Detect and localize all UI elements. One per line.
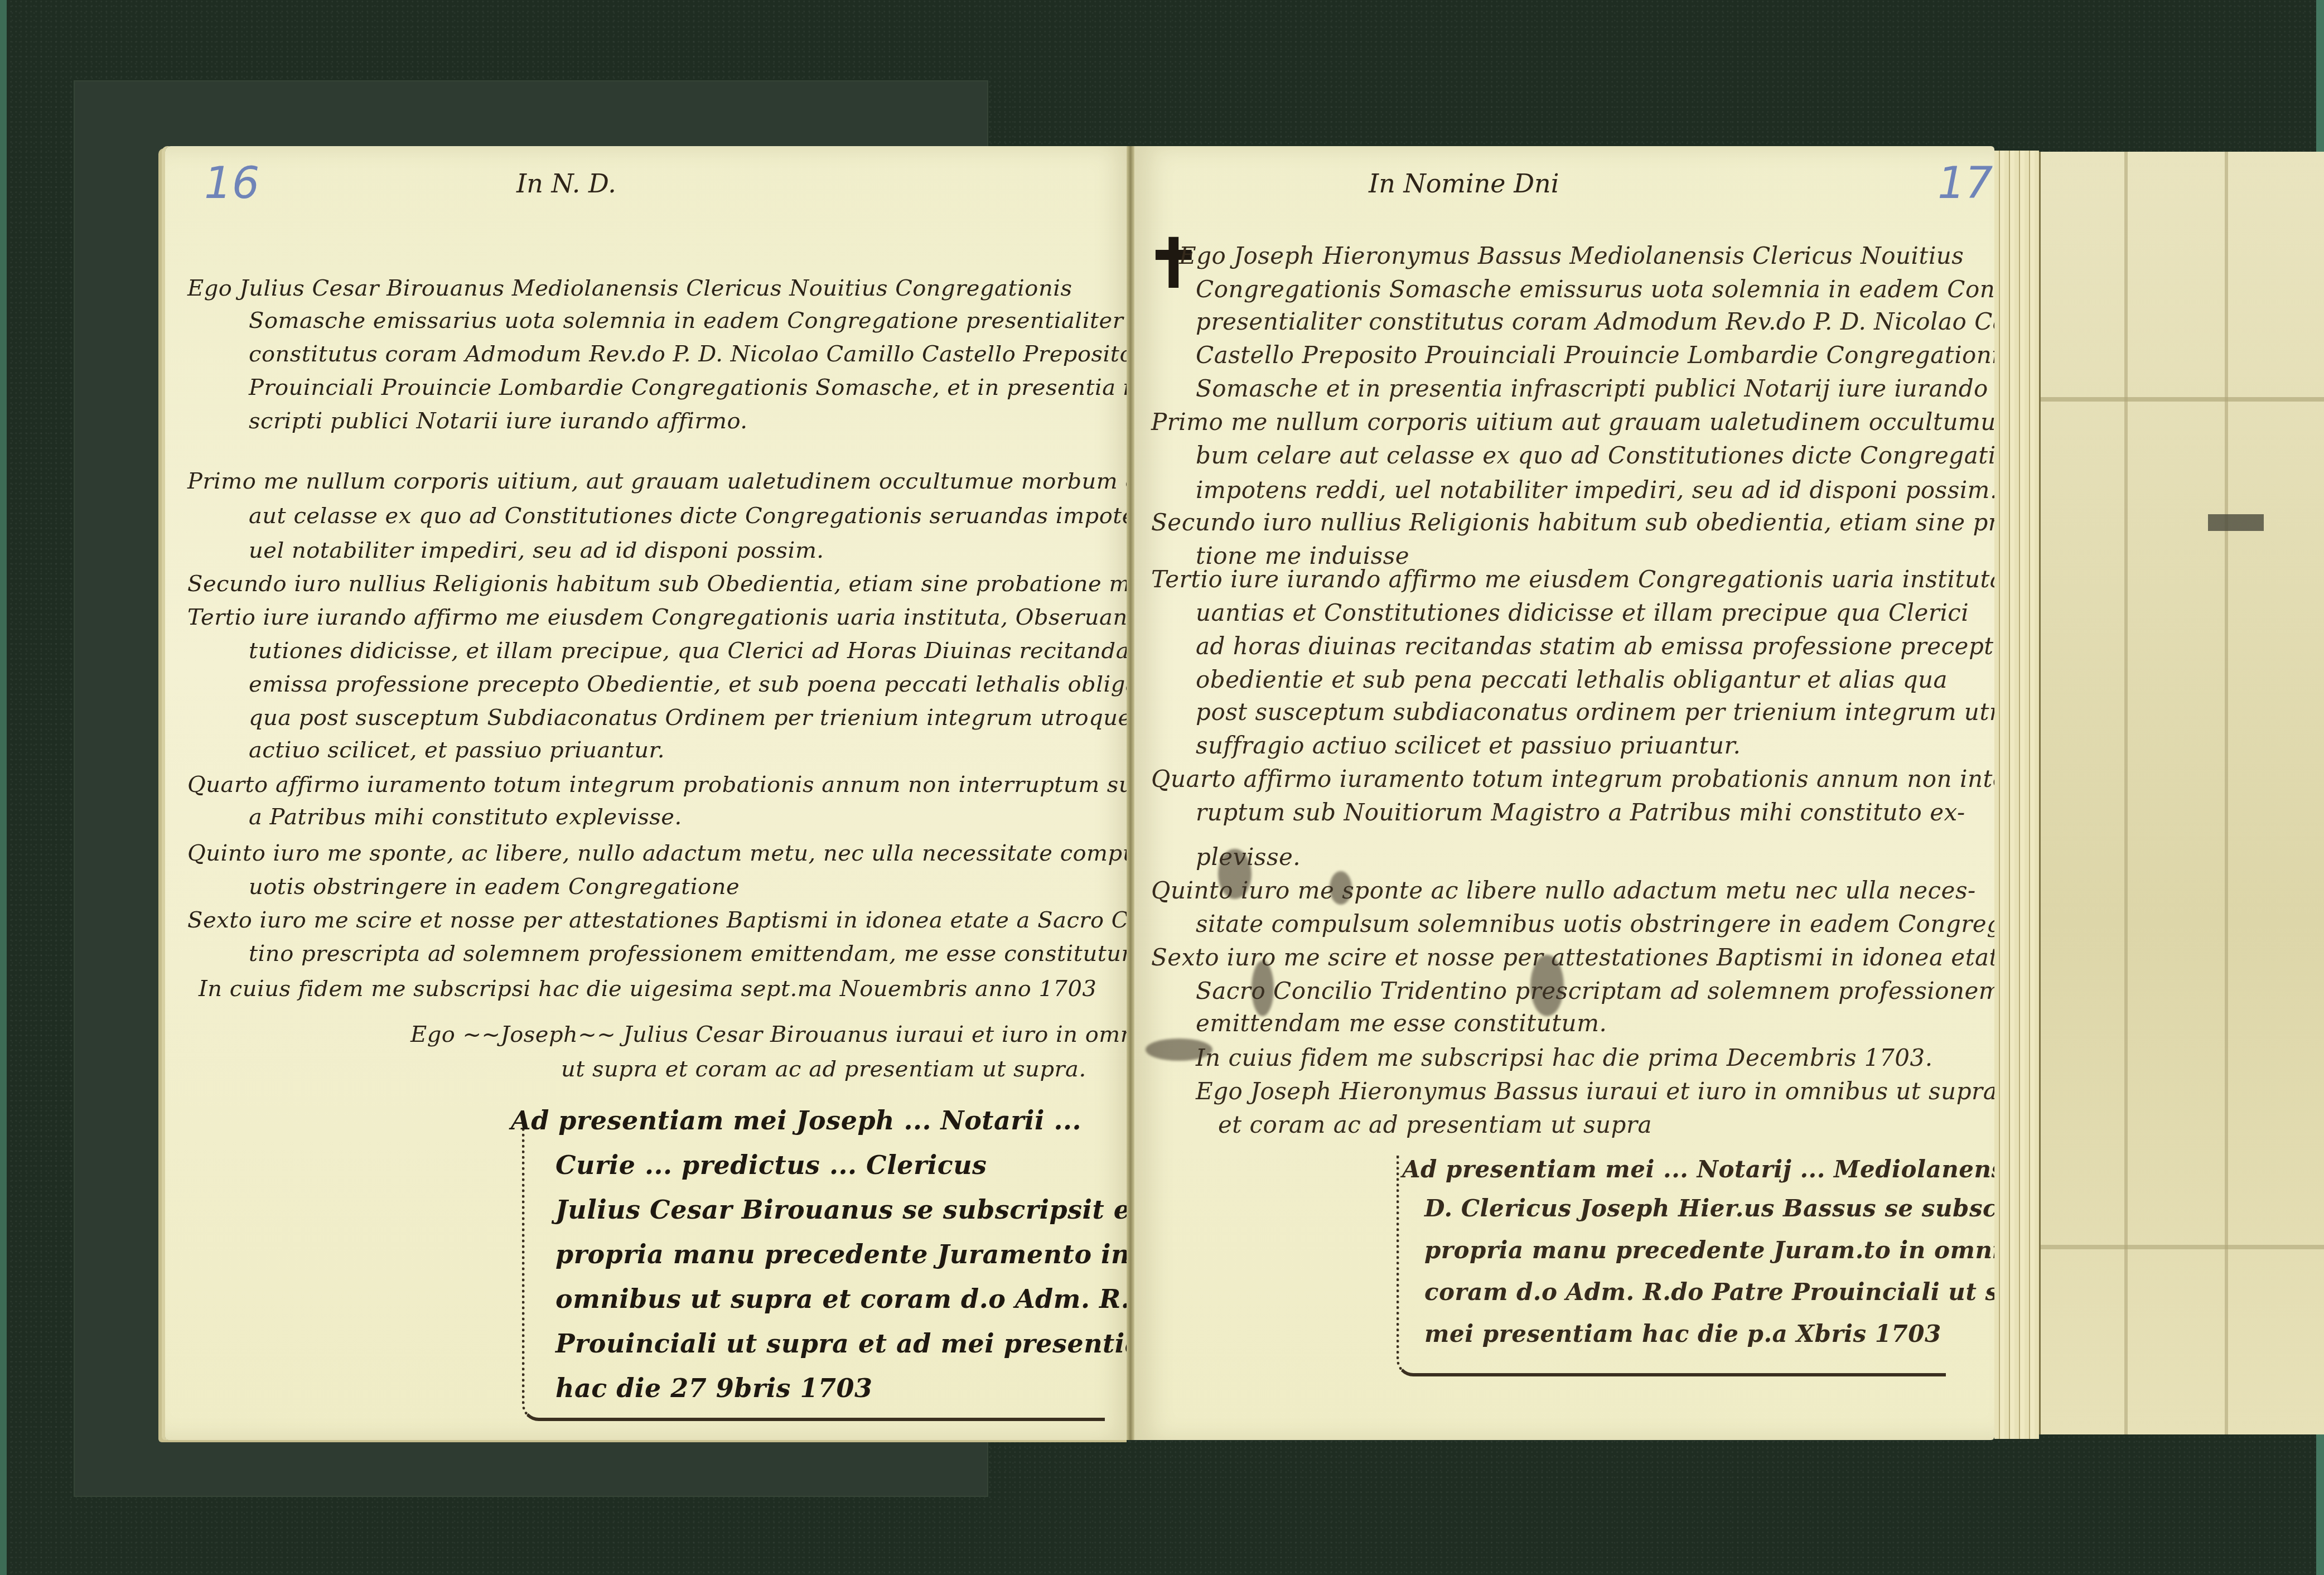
text-line: impotens reddi, uel notabiliter impediri… bbox=[1196, 476, 1998, 504]
flap-crease bbox=[2041, 397, 2324, 402]
text-line: Ego Julius Cesar Birouanus Mediolanensis… bbox=[187, 276, 1072, 301]
text-line: et coram ac ad presentiam ut supra bbox=[1218, 1111, 1652, 1138]
text-line: Castello Preposito Prouinciali Prouincie… bbox=[1196, 341, 2012, 369]
text-line: Congregationis Somasche emissurus uota s… bbox=[1196, 276, 2127, 303]
signature-line: Ego ~~Joseph~~ Julius Cesar Birouanus iu… bbox=[410, 1022, 1183, 1047]
book-gutter bbox=[1127, 146, 1134, 1440]
ink-blot bbox=[1252, 960, 1274, 1016]
text-line: ad horas diuinas recitandas statim ab em… bbox=[1196, 632, 2008, 660]
text-line: uel notabiliter impediri, seu ad id disp… bbox=[249, 538, 824, 563]
mount-edge-left bbox=[0, 0, 7, 1575]
page-fore-edge bbox=[1994, 151, 2039, 1439]
flap-fold bbox=[2124, 152, 2128, 1434]
text-line: Ego Joseph Hieronymus Bassus Mediolanens… bbox=[1179, 242, 1964, 269]
notary-line: mei presentiam hac die p.a Xbris 1703 bbox=[1424, 1320, 1941, 1347]
text-line: tino prescripta ad solemnem professionem… bbox=[249, 941, 1150, 967]
text-line: Secundo iuro nullius Religionis habitum … bbox=[187, 571, 1247, 597]
text-line: sitate compulsum solemnibus uotis obstri… bbox=[1196, 910, 2077, 938]
text-line: In cuius fidem me subscripsi hac die uig… bbox=[199, 976, 1096, 1002]
notary-line: Ad presentiam mei Joseph ... Notarii ... bbox=[511, 1105, 1081, 1136]
text-line: Ego Joseph Hieronymus Bassus iuraui et i… bbox=[1196, 1078, 1997, 1105]
text-line: a Patribus mihi constituto explevisse. bbox=[249, 804, 682, 830]
text-line: Tertio iure iurando affirmo me eiusdem C… bbox=[187, 605, 1289, 630]
notary-line: Julius Cesar Birouanus se subscripsit ei… bbox=[555, 1195, 1174, 1225]
page-heading-right: In Nomine Dni bbox=[1369, 168, 1559, 199]
cover-label-patch bbox=[2208, 514, 2264, 531]
text-line: scripti publici Notarii iure iurando aff… bbox=[249, 408, 748, 434]
text-line: presentialiter constitutus coram Admodum… bbox=[1196, 308, 2067, 335]
text-line: actiuo scilicet, et passiuo priuantur. bbox=[249, 737, 665, 763]
ink-blot bbox=[1218, 849, 1252, 899]
folio-number-left: 16 bbox=[204, 158, 259, 209]
right-page: In Nomine Dni 17 ✝ Ego Joseph Hieronymus… bbox=[1134, 146, 1994, 1440]
page-heading-left: In N. D. bbox=[516, 168, 616, 199]
notary-line: hac die 27 9bris 1703 bbox=[555, 1373, 873, 1403]
ink-blot bbox=[1146, 1038, 1212, 1061]
text-line: post susceptum subdiaconatus ordinem per… bbox=[1196, 698, 2060, 726]
text-line: suffragio actiuo scilicet et passiuo pri… bbox=[1196, 732, 1741, 759]
text-line: obedientie et sub pena peccati lethalis … bbox=[1196, 666, 1948, 693]
flap-crease bbox=[2041, 1245, 2324, 1249]
folio-number-right: 17 bbox=[1938, 158, 1993, 209]
text-line: Somasche emissarius uota solemnia in ead… bbox=[249, 308, 1123, 334]
ink-blot bbox=[1530, 955, 1564, 1016]
text-line: emissa professione precepto Obedientie, … bbox=[249, 671, 1279, 697]
text-line: tutiones didicisse, et illam precipue, q… bbox=[249, 638, 1264, 664]
text-line: Tertio iure iurando affirmo me eiusdem C… bbox=[1151, 566, 2088, 593]
text-line: Prouinciali Prouincie Lombardie Congrega… bbox=[249, 375, 1186, 400]
ink-blot bbox=[1330, 871, 1352, 905]
text-line: Primo me nullum corporis uitium, aut gra… bbox=[187, 468, 1197, 494]
text-line: Quarto affirmo iuramento totum integrum … bbox=[1151, 765, 2026, 793]
text-line: ruptum sub Nouitiorum Magistro a Patribu… bbox=[1196, 799, 1965, 826]
text-line: In cuius fidem me subscripsi hac die pri… bbox=[1196, 1044, 1933, 1071]
text-line: Quinto iuro me sponte ac libere nullo ad… bbox=[1151, 877, 1976, 904]
text-line: uotis obstringere in eadem Congregatione bbox=[249, 874, 740, 900]
notary-line: Ad presentiam mei ... Notarij ... Mediol… bbox=[1402, 1156, 2090, 1183]
text-line: uantias et Constitutiones didicisse et i… bbox=[1196, 599, 1969, 626]
text-line: Sacro Concilio Tridentino prescriptam ad… bbox=[1196, 977, 2001, 1004]
signature-line: ut supra et coram ac ad presentiam ut su… bbox=[561, 1056, 1086, 1082]
text-line: qua post susceptum Subdiaconatus Ordinem… bbox=[249, 705, 1243, 731]
text-line: Primo me nullum corporis uitium aut grau… bbox=[1151, 408, 2074, 436]
text-line: constitutus coram Admodum Rev.do P. D. N… bbox=[249, 341, 1133, 367]
left-page: 16 In N. D. Ego Julius Cesar Birouanus M… bbox=[165, 146, 1133, 1440]
vellum-cover-flap bbox=[2039, 152, 2324, 1434]
notary-line: propria manu precedente Juramento in bbox=[555, 1239, 1130, 1269]
notary-line: Prouinciali ut supra et ad mei presentia… bbox=[555, 1328, 1169, 1359]
text-line: Secundo iuro nullius Religionis habitum … bbox=[1151, 509, 2052, 536]
text-line: Sexto iuro me scire et nosse per attesta… bbox=[1151, 944, 2035, 971]
flap-fold bbox=[2225, 152, 2228, 1434]
text-line: aut celasse ex quo ad Constitutiones dic… bbox=[249, 503, 1238, 529]
text-line: Somasche et in presentia infrascripti pu… bbox=[1196, 375, 2091, 402]
manuscript-spread: 16 In N. D. Ego Julius Cesar Birouanus M… bbox=[165, 146, 2173, 1462]
notary-line: Curie ... predictus ... Clericus bbox=[555, 1150, 987, 1180]
